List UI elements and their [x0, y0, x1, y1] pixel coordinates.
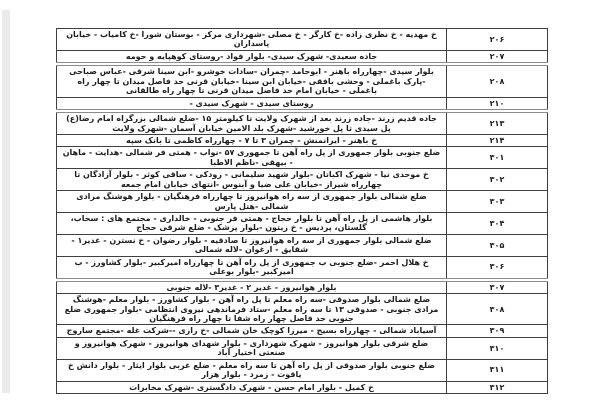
route-description-cell: ضلع شمالی بلوار جمهوری از سه راه هوانیرو…	[57, 234, 447, 256]
page: { "page": { "background_color": "#ffffff…	[0, 0, 600, 400]
route-row: ۲۰۸بلوار سیدی -چهارراه باهنر - ابوحامد -…	[57, 64, 548, 97]
route-number-cell: ۲۱۳	[447, 111, 548, 134]
route-number-cell: ۳۰۷	[447, 280, 548, 294]
route-row: ۳۰۸ضلع شمالی بلوار صدوقی -سه راه معلم تا…	[57, 294, 548, 325]
route-row: ۳۰۲خ موحدی نیا - شهرک اکباتان -بلوار شهی…	[57, 169, 548, 191]
route-row: ۳۱۱ضلع جنوبی بلوار صدوقی از پل راه آهن ت…	[57, 359, 548, 381]
route-row: ۳۰۳ضلع شمالی بلوار جمهوری از سه راه هوان…	[57, 191, 548, 213]
route-description-cell: ضلع شمالی بلوار صدوقی -سه راه معلم تا پل…	[57, 294, 447, 325]
route-number-cell: ۲۱۴	[447, 134, 548, 146]
route-description-cell: ضلع جنوبی بلوار صدوقی از پل راه آهن تا س…	[57, 359, 447, 381]
route-number-cell: ۳۰۳	[447, 191, 548, 213]
route-row: ۲۱۴خ باهنر - ایرانمنش - چمران ۳ تا ۷ - چ…	[57, 134, 548, 146]
route-number-cell: ۲۰۷	[447, 50, 548, 64]
route-row: ۲۰۶خ مهدیه - خ نظری زاده -خ کارگر - خ مص…	[57, 29, 548, 51]
route-description-cell: بلوار هاشمی از پل راه آهن تا بلوار حجاج …	[57, 213, 447, 235]
routes-table-body: ۲۰۶خ مهدیه - خ نظری زاده -خ کارگر - خ مص…	[57, 29, 548, 394]
document-area: ۲۰۶خ مهدیه - خ نظری زاده -خ کارگر - خ مص…	[79, 28, 548, 394]
route-description-cell: خ باهنر - ایرانمنش - چمران ۳ تا ۷ - چهار…	[57, 134, 447, 146]
route-number-cell: ۳۰۹	[447, 325, 548, 337]
route-description-cell: خ هلال احمر -ضلع جنوبی ب جمهوری از پل را…	[57, 256, 447, 279]
route-row: ۳۰۱ضلع جنوبی بلوار جمهوری از پل راه آهن …	[57, 147, 548, 169]
route-number-cell: ۳۱۲	[447, 381, 548, 393]
route-row: ۳۰۵ضلع شمالی بلوار جمهوری از سه راه هوان…	[57, 234, 548, 256]
route-description-cell: خ موحدی نیا - شهرک اکباتان -بلوار شهید س…	[57, 169, 447, 191]
route-description-cell: خ کمیل - بلوار امام حسن - شهرک دادگستری …	[57, 381, 447, 393]
route-description-cell: ضلع شرقی بلوار هوانیروز - شهرک شهرداری -…	[57, 337, 447, 359]
route-row: ۳۱۰ضلع شرقی بلوار هوانیروز - شهرک شهردار…	[57, 337, 548, 359]
route-row: ۲۱۳جاده قدیم زرند -جاده زرند بعد از شهرک…	[57, 111, 548, 134]
route-description-cell: روستای سیدی - شهرک سیدی -	[57, 97, 447, 111]
routes-table: ۲۰۶خ مهدیه - خ نظری زاده -خ کارگر - خ مص…	[56, 28, 548, 394]
route-number-cell: ۳۰۸	[447, 294, 548, 325]
route-row: ۳۰۹آسیاباد شمالی - چهارراه بسیج - میرزا …	[57, 325, 548, 337]
route-row: ۳۰۶خ هلال احمر -ضلع جنوبی ب جمهوری از پل…	[57, 256, 548, 279]
route-row: ۲۰۷جاده سعیدی- شهرک سیدی- بلوار فواد -رو…	[57, 50, 548, 64]
route-description-cell: جاده سعیدی- شهرک سیدی- بلوار فواد -روستا…	[57, 50, 447, 64]
route-row: ۳۰۷بلوار هوانیروز - غدیر ۲ - غدیر۳ -لاله…	[57, 280, 548, 294]
route-description-cell: ضلع شمالی بلوار جمهوری از سه راه هوانیرو…	[57, 191, 447, 213]
route-row: ۳۰۴بلوار هاشمی از پل راه آهن تا بلوار حج…	[57, 213, 548, 235]
route-number-cell: ۳۰۶	[447, 256, 548, 279]
route-description-cell: خ مهدیه - خ نظری زاده -خ کارگر - خ مصلی …	[57, 29, 447, 51]
route-description-cell: جاده قدیم زرند -جاده زرند بعد از شهرک ول…	[57, 111, 447, 134]
route-description-cell: ضلع جنوبی بلوار جمهوری از پل راه آهن تا …	[57, 147, 447, 169]
route-description-cell: آسیاباد شمالی - چهارراه بسیج - میرزا کوچ…	[57, 325, 447, 337]
route-row: ۲۱۰روستای سیدی - شهرک سیدی -	[57, 97, 548, 111]
route-number-cell: ۲۰۶	[447, 29, 548, 51]
route-number-cell: ۳۱۱	[447, 359, 548, 381]
route-number-cell: ۳۰۵	[447, 234, 548, 256]
route-number-cell: ۳۱۰	[447, 337, 548, 359]
route-number-cell: ۳۰۴	[447, 213, 548, 235]
route-row: ۳۱۲خ کمیل - بلوار امام حسن - شهرک دادگست…	[57, 381, 548, 393]
route-number-cell: ۳۰۱	[447, 147, 548, 169]
route-description-cell: بلوار هوانیروز - غدیر ۲ - غدیر۳ -لاله جن…	[57, 280, 447, 294]
route-number-cell: ۲۱۰	[447, 97, 548, 111]
route-number-cell: ۲۰۸	[447, 64, 548, 97]
page-edge-strip	[2, 10, 10, 393]
route-description-cell: بلوار سیدی -چهارراه باهنر - ابوحامد -چمر…	[57, 64, 447, 97]
route-number-cell: ۳۰۲	[447, 169, 548, 191]
